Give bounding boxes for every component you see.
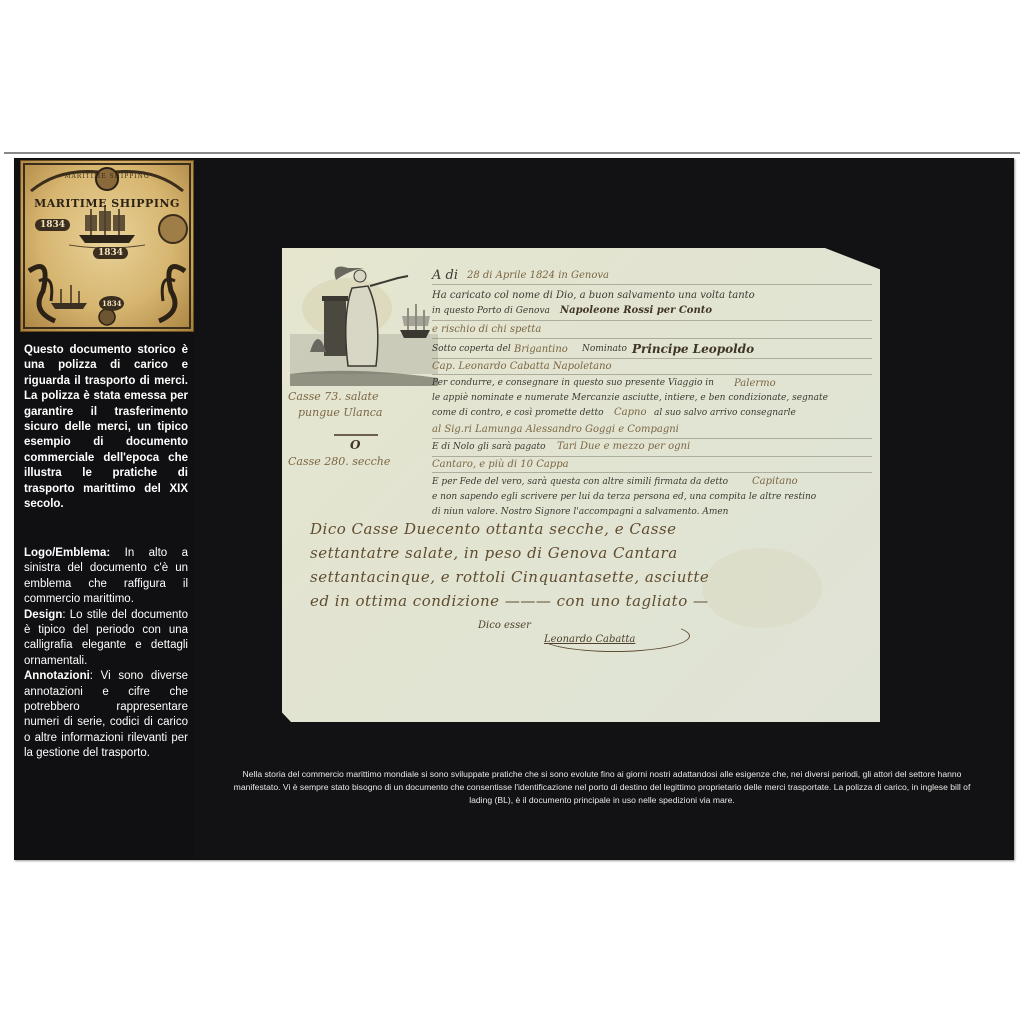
margin-note-1: Casse 73. salate xyxy=(288,390,378,403)
body-line-1: Dico Casse Duecento ottanta secche, e Ca… xyxy=(310,520,677,538)
doc-line-13-printed: E per Fede del vero, sarà questa con alt… xyxy=(432,477,728,487)
allegory-engraving-icon xyxy=(290,256,438,386)
doc-line-3-hand: Napoleone Rossi per Conto xyxy=(560,305,712,316)
doc-line-12-hand: Cantaro, e più di 10 Cappa xyxy=(432,459,569,470)
doc-line-5-printed-b: Nominato xyxy=(582,344,627,354)
emblem-top-banner: MARITIME SHIPPING xyxy=(21,173,193,180)
page-top-rule xyxy=(4,152,1020,154)
caption: Nella storia del commercio marittimo mon… xyxy=(232,768,972,807)
doc-line-date-printed: A di xyxy=(432,268,458,283)
doc-rule xyxy=(432,456,872,457)
detail-design-label: Design xyxy=(24,609,62,621)
detail-logo-label: Logo/Emblema: xyxy=(24,547,110,559)
doc-line-14: e non sapendo egli scrivere per lui da t… xyxy=(432,492,816,502)
detail-design: Design: Lo stile del documento è tipico … xyxy=(24,608,188,670)
doc-line-15: di niun valore. Nostro Signore l'accompa… xyxy=(432,507,728,517)
doc-line-2: Ha caricato col nome di Dio, a buon salv… xyxy=(432,290,755,301)
signature-prefix: Dico esser xyxy=(478,620,531,631)
doc-line-5-hand: Principe Leopoldo xyxy=(632,342,754,356)
paper-stain xyxy=(702,548,822,628)
margin-note-4: Casse 280. secche xyxy=(288,455,390,468)
doc-line-5-hand-a: Brigantino xyxy=(514,344,568,355)
doc-rule xyxy=(432,374,872,375)
doc-line-7-hand: Palermo xyxy=(734,378,776,389)
emblem-year-center: 1834 xyxy=(93,247,128,259)
doc-line-11-hand: Tari Due e mezzo per ogni xyxy=(557,441,690,452)
doc-line-7-printed: Per condurre, e consegnare in questo suo… xyxy=(432,378,714,388)
margin-note-2: pungue Ulanca xyxy=(298,406,383,419)
intro-paragraph: Questo documento storico è una polizza d… xyxy=(24,343,188,512)
detail-annotations: Annotazioni: Vi sono diverse annotazioni… xyxy=(24,669,188,761)
doc-rule xyxy=(432,338,872,339)
doc-line-9-printed-b: al suo salvo arrivo consegnarle xyxy=(654,408,796,418)
body-line-3: settantacinque, e rottoli Cinquantasette… xyxy=(310,568,709,586)
doc-line-3-printed: in questo Porto di Genova xyxy=(432,306,550,316)
margin-note-3: O xyxy=(350,438,360,452)
doc-line-8: le appiè nominate e numerate Mercanzie a… xyxy=(432,393,828,403)
emblem-title: MARITIME SHIPPING xyxy=(21,197,193,210)
doc-rule xyxy=(432,358,872,359)
doc-line-9-printed: come di contro, e così promette detto xyxy=(432,408,604,418)
emblem-year-left: 1834 xyxy=(35,219,70,231)
doc-line-6-hand: Cap. Leonardo Cabatta Napoletano xyxy=(432,361,612,372)
doc-line-11-printed: E di Nolo gli sarà pagato xyxy=(432,442,546,452)
doc-line-5-printed: Sotto coperta del xyxy=(432,344,511,354)
detail-annotations-label: Annotazioni xyxy=(24,670,90,682)
doc-line-10-hand: al Sig.ri Lamunga Alessandro Goggi e Com… xyxy=(432,424,679,435)
margin-divider xyxy=(334,434,378,436)
body-line-4: ed in ottima condizione ——— con uno tagl… xyxy=(310,592,709,610)
signature-flourish xyxy=(538,620,690,652)
sidebar-details: Logo/Emblema: In alto a sinistra del doc… xyxy=(24,546,188,762)
detail-annotations-text: : Vi sono diverse annotazioni e cifre ch… xyxy=(24,670,188,759)
maritime-shipping-emblem: MARITIME SHIPPING MARITIME SHIPPING 1834… xyxy=(20,160,194,332)
body-line-2: settantatre salate, in peso di Genova Ca… xyxy=(310,544,678,562)
doc-line-13-hand: Capitano xyxy=(752,476,798,487)
doc-line-date-hand: 28 di Aprile 1824 in Genova xyxy=(467,270,609,281)
doc-rule xyxy=(432,472,872,473)
bill-of-lading-document: A di 28 di Aprile 1824 in Genova Ha cari… xyxy=(282,248,880,722)
doc-rule xyxy=(432,320,872,321)
doc-line-4-hand: e rischio di chi spetta xyxy=(432,324,541,335)
doc-rule xyxy=(432,438,872,439)
doc-line-9-hand: Capno xyxy=(614,407,646,418)
sidebar-intro: Questo documento storico è una polizza d… xyxy=(24,343,188,512)
detail-logo: Logo/Emblema: In alto a sinistra del doc… xyxy=(24,546,188,608)
doc-rule xyxy=(432,284,872,285)
